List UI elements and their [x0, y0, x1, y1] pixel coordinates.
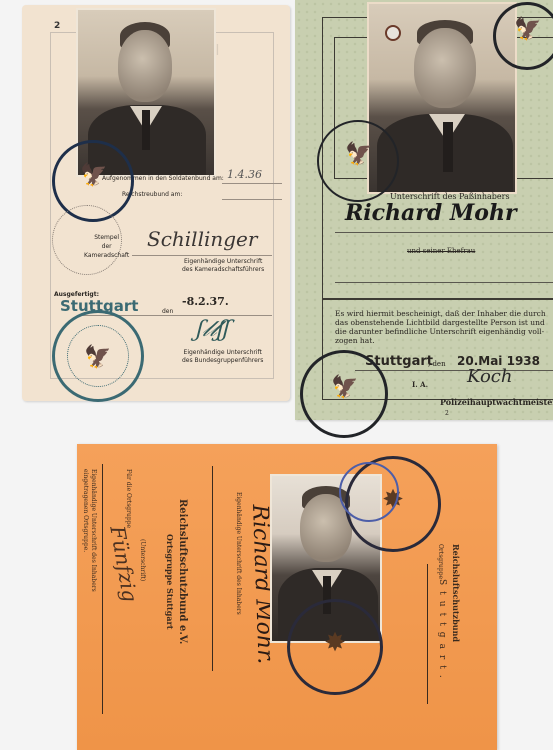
issued-den: den	[162, 308, 173, 315]
org-name: Reichsluftschutzbund e.V.	[177, 499, 188, 644]
reisepass-card: 🦅 🦅 Unterschrift des Paßinhabers Richard…	[295, 0, 553, 420]
signature-bundesgruppenfuehrer: ʃ𝓁𝓁ʃʃ	[194, 317, 232, 342]
official-title: Polizeihauptwachtmeister	[440, 397, 553, 407]
eagle-icon: 🦅	[81, 347, 115, 369]
rlb-stamp-bottom: ✸	[287, 599, 383, 695]
kameradschaft-stamp-label: Stempel der Kameradschaft	[84, 233, 129, 260]
signature-kameradschaftsfuehrer: Schillinger	[147, 227, 257, 251]
holder-caption: Eigenhändige Unterschrift des Inhabers	[235, 492, 242, 615]
reichsluftschutzbund-card: Eigenhändige Unterschrift des Inhabers e…	[77, 444, 497, 750]
polizei-stamp-bottom: 🦅	[300, 350, 388, 438]
issued-date: -8.2.37.	[182, 295, 229, 308]
page-number: 2	[54, 21, 60, 31]
den-label: , den	[428, 360, 446, 368]
eagle-icon: 🦅	[341, 144, 377, 166]
right-org: Reichsluftschutzbund	[451, 544, 461, 642]
polizei-stamp-mid: 🦅	[317, 120, 399, 202]
ia-label: I. A.	[412, 380, 428, 389]
entry-1-value: 1.4.36	[227, 168, 262, 181]
org-group: Ortsgruppe Stuttgart	[165, 534, 175, 629]
official-signature: Koch	[467, 366, 512, 387]
eagle-icon: 🦅	[327, 377, 363, 399]
for-label: Für die Ortsgruppe	[125, 469, 132, 528]
holder-signature: Richard Mohr	[345, 200, 517, 226]
page-number: 2	[445, 410, 449, 417]
eagle-icon: 🦅	[77, 165, 111, 187]
blue-stamp	[339, 462, 399, 522]
signature-1-caption: Eigenhändige Unterschrift des Kameradsch…	[182, 258, 264, 274]
spouse-label: und seiner Ehefrau	[407, 247, 475, 255]
soldatenbund-card: 2 Sol Aufgenommen in den Soldatenbund am…	[22, 5, 290, 401]
unterschrift-label: (Unterschrift)	[139, 539, 146, 581]
leader-signature: Fünfzig	[105, 524, 142, 604]
left-caption: Eigenhändige Unterschrift des Inhabers e…	[81, 469, 97, 592]
right-group-value: Stuttgart.	[437, 579, 447, 684]
sunburst-emblem-icon: ✸	[318, 630, 352, 656]
punch-hole	[385, 25, 401, 41]
polizei-stamp-top: 🦅	[493, 2, 553, 70]
signature-2-caption: Eigenhändige Unterschrift des Bundesgrup…	[182, 349, 263, 365]
certification-text: Es wird hiermit bescheinigt, daß der Inh…	[335, 309, 546, 345]
bundesgruppe-stamp: 🦅	[52, 310, 144, 402]
eagle-icon: 🦅	[510, 19, 546, 41]
right-group-label: Ortsgruppe	[437, 544, 444, 579]
